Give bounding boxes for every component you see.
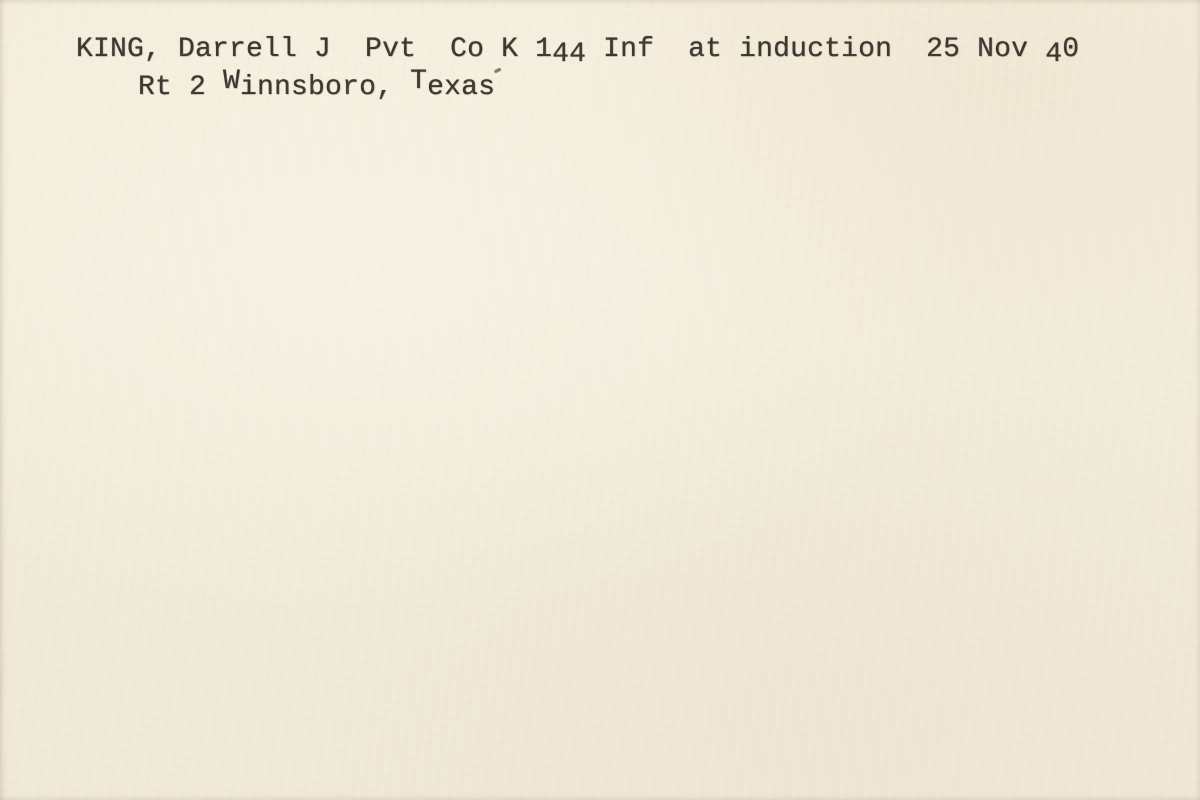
typed-text-segment: exas (427, 72, 495, 104)
index-card: KING, Darrell J Pvt Co K 144 Inf at indu… (0, 0, 1200, 800)
typed-line-address: Rt 2 Winnsboro, Texas (70, 40, 495, 136)
typed-text-segment: Rt 2 (138, 72, 223, 104)
typed-text-segment-low-digits: 44 (552, 39, 586, 71)
typed-text-segment: Inf at induction 25 Nov (586, 34, 1045, 66)
typed-text-segment: innsboro, (240, 72, 410, 104)
typed-text-segment-raised-cap: W (223, 66, 240, 98)
typed-text-segment: 0 (1062, 34, 1079, 66)
typed-text-segment-raised-cap: T (410, 66, 427, 98)
typed-text-segment-low-digit: 4 (1045, 39, 1062, 71)
